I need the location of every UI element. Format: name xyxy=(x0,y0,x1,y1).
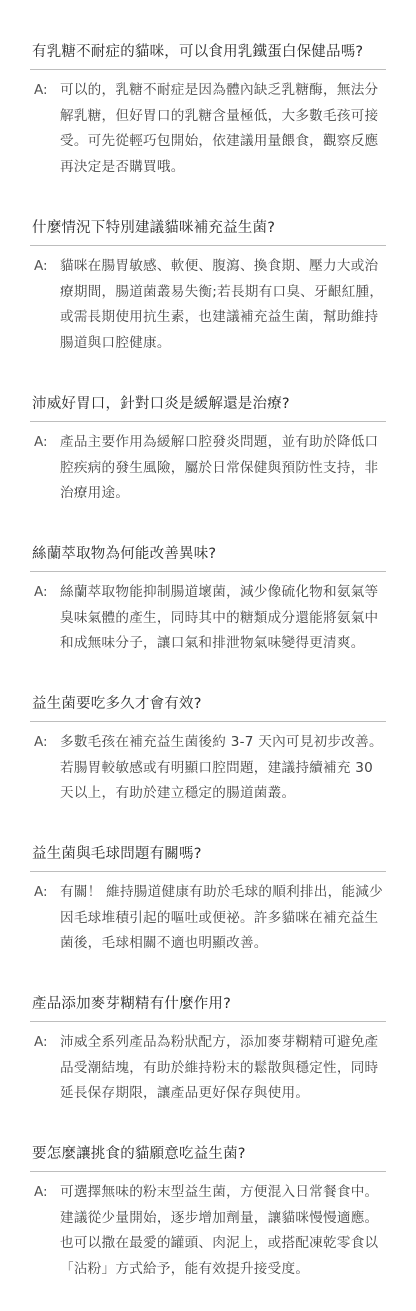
faq-answer: A: 可以的，乳糖不耐症是因為體內缺乏乳糖酶，無法分解乳糖，但好胃口的乳糖含量極… xyxy=(30,78,386,180)
divider xyxy=(30,1171,386,1172)
faq-item: 產品添加麥芽糊精有什麼作用? A: 沛威全系列產品為粉狀配方，添加麥芽糊精可避免… xyxy=(30,993,386,1143)
faq-item: 益生菌與毛球問題有關嗎? A: 有關！ 維持腸道健康有助於毛球的順利排出，能減少… xyxy=(30,843,386,993)
faq-answer: A: 絲蘭萃取物能抑制腸道壞菌，減少像硫化物和氨氣等臭味氣體的產生，同時其中的糖… xyxy=(30,580,386,657)
faq-item: 沛威好胃口，針對口炎是緩解還是治療? A: 產品主要作用為緩解口腔發炎問題，並有… xyxy=(30,393,386,543)
faq-item: 絲蘭萃取物為何能改善異味? A: 絲蘭萃取物能抑制腸道壞菌，減少像硫化物和氨氣等… xyxy=(30,543,386,693)
faq-item: 什麼情況下特別建議貓咪補充益生菌? A: 貓咪在腸胃敏感、軟便、腹瀉、換食期、壓… xyxy=(30,217,386,393)
divider xyxy=(30,871,386,872)
faq-answer: A: 貓咪在腸胃敏感、軟便、腹瀉、換食期、壓力大或治療期間，腸道菌叢易失衡;若長… xyxy=(30,254,386,356)
faq-list: 有乳糖不耐症的貓咪，可以食用乳鐵蛋白保健品嗎? A: 可以的，乳糖不耐症是因為體… xyxy=(0,0,416,1311)
divider xyxy=(30,1021,386,1022)
faq-item: 要怎麼讓挑食的貓願意吃益生菌? A: 可選擇無味的粉末型益生菌，方便混入日常餐食… xyxy=(30,1143,386,1311)
answer-prefix: A: xyxy=(30,430,60,507)
faq-question: 益生菌與毛球問題有關嗎? xyxy=(30,843,386,865)
faq-question: 益生菌要吃多久才會有效? xyxy=(30,693,386,715)
faq-answer: A: 多數毛孩在補充益生菌後約 3-7 天內可見初步改善。若腸胃較敏感或有明顯口… xyxy=(30,730,386,807)
answer-prefix: A: xyxy=(30,78,60,180)
answer-prefix: A: xyxy=(30,580,60,657)
faq-question: 有乳糖不耐症的貓咪，可以食用乳鐵蛋白保健品嗎? xyxy=(30,41,386,63)
faq-question: 要怎麼讓挑食的貓願意吃益生菌? xyxy=(30,1143,386,1165)
faq-answer: A: 沛威全系列產品為粉狀配方，添加麥芽糊精可避免產品受潮結塊，有助於維持粉末的… xyxy=(30,1030,386,1107)
faq-question: 產品添加麥芽糊精有什麼作用? xyxy=(30,993,386,1015)
divider xyxy=(30,69,386,70)
divider xyxy=(30,245,386,246)
answer-text: 多數毛孩在補充益生菌後約 3-7 天內可見初步改善。若腸胃較敏感或有明顯口腔問題… xyxy=(60,730,386,807)
faq-answer: A: 產品主要作用為緩解口腔發炎問題，並有助於降低口腔疾病的發生風險，屬於日常保… xyxy=(30,430,386,507)
faq-answer: A: 可選擇無味的粉末型益生菌，方便混入日常餐食中。建議從少量開始，逐步增加劑量… xyxy=(30,1180,386,1282)
answer-prefix: A: xyxy=(30,254,60,356)
faq-question: 什麼情況下特別建議貓咪補充益生菌? xyxy=(30,217,386,239)
answer-text: 沛威全系列產品為粉狀配方，添加麥芽糊精可避免產品受潮結塊，有助於維持粉末的鬆散與… xyxy=(60,1030,386,1107)
answer-text: 貓咪在腸胃敏感、軟便、腹瀉、換食期、壓力大或治療期間，腸道菌叢易失衡;若長期有口… xyxy=(60,254,386,356)
answer-text: 可以的，乳糖不耐症是因為體內缺乏乳糖酶，無法分解乳糖，但好胃口的乳糖含量極低，大… xyxy=(60,78,386,180)
faq-item: 有乳糖不耐症的貓咪，可以食用乳鐵蛋白保健品嗎? A: 可以的，乳糖不耐症是因為體… xyxy=(30,41,386,217)
faq-item: 益生菌要吃多久才會有效? A: 多數毛孩在補充益生菌後約 3-7 天內可見初步改… xyxy=(30,693,386,843)
divider xyxy=(30,421,386,422)
answer-text: 有關！ 維持腸道健康有助於毛球的順利排出，能減少因毛球堆積引起的嘔吐或便祕。許多… xyxy=(60,880,386,957)
faq-answer: A: 有關！ 維持腸道健康有助於毛球的順利排出，能減少因毛球堆積引起的嘔吐或便祕… xyxy=(30,880,386,957)
answer-prefix: A: xyxy=(30,1180,60,1282)
faq-question: 沛威好胃口，針對口炎是緩解還是治療? xyxy=(30,393,386,415)
divider xyxy=(30,721,386,722)
answer-prefix: A: xyxy=(30,730,60,807)
answer-prefix: A: xyxy=(30,880,60,957)
answer-prefix: A: xyxy=(30,1030,60,1107)
answer-text: 絲蘭萃取物能抑制腸道壞菌，減少像硫化物和氨氣等臭味氣體的產生，同時其中的糖類成分… xyxy=(60,580,386,657)
answer-text: 可選擇無味的粉末型益生菌，方便混入日常餐食中。建議從少量開始，逐步增加劑量，讓貓… xyxy=(60,1180,386,1282)
divider xyxy=(30,571,386,572)
answer-text: 產品主要作用為緩解口腔發炎問題，並有助於降低口腔疾病的發生風險，屬於日常保健與預… xyxy=(60,430,386,507)
faq-question: 絲蘭萃取物為何能改善異味? xyxy=(30,543,386,565)
